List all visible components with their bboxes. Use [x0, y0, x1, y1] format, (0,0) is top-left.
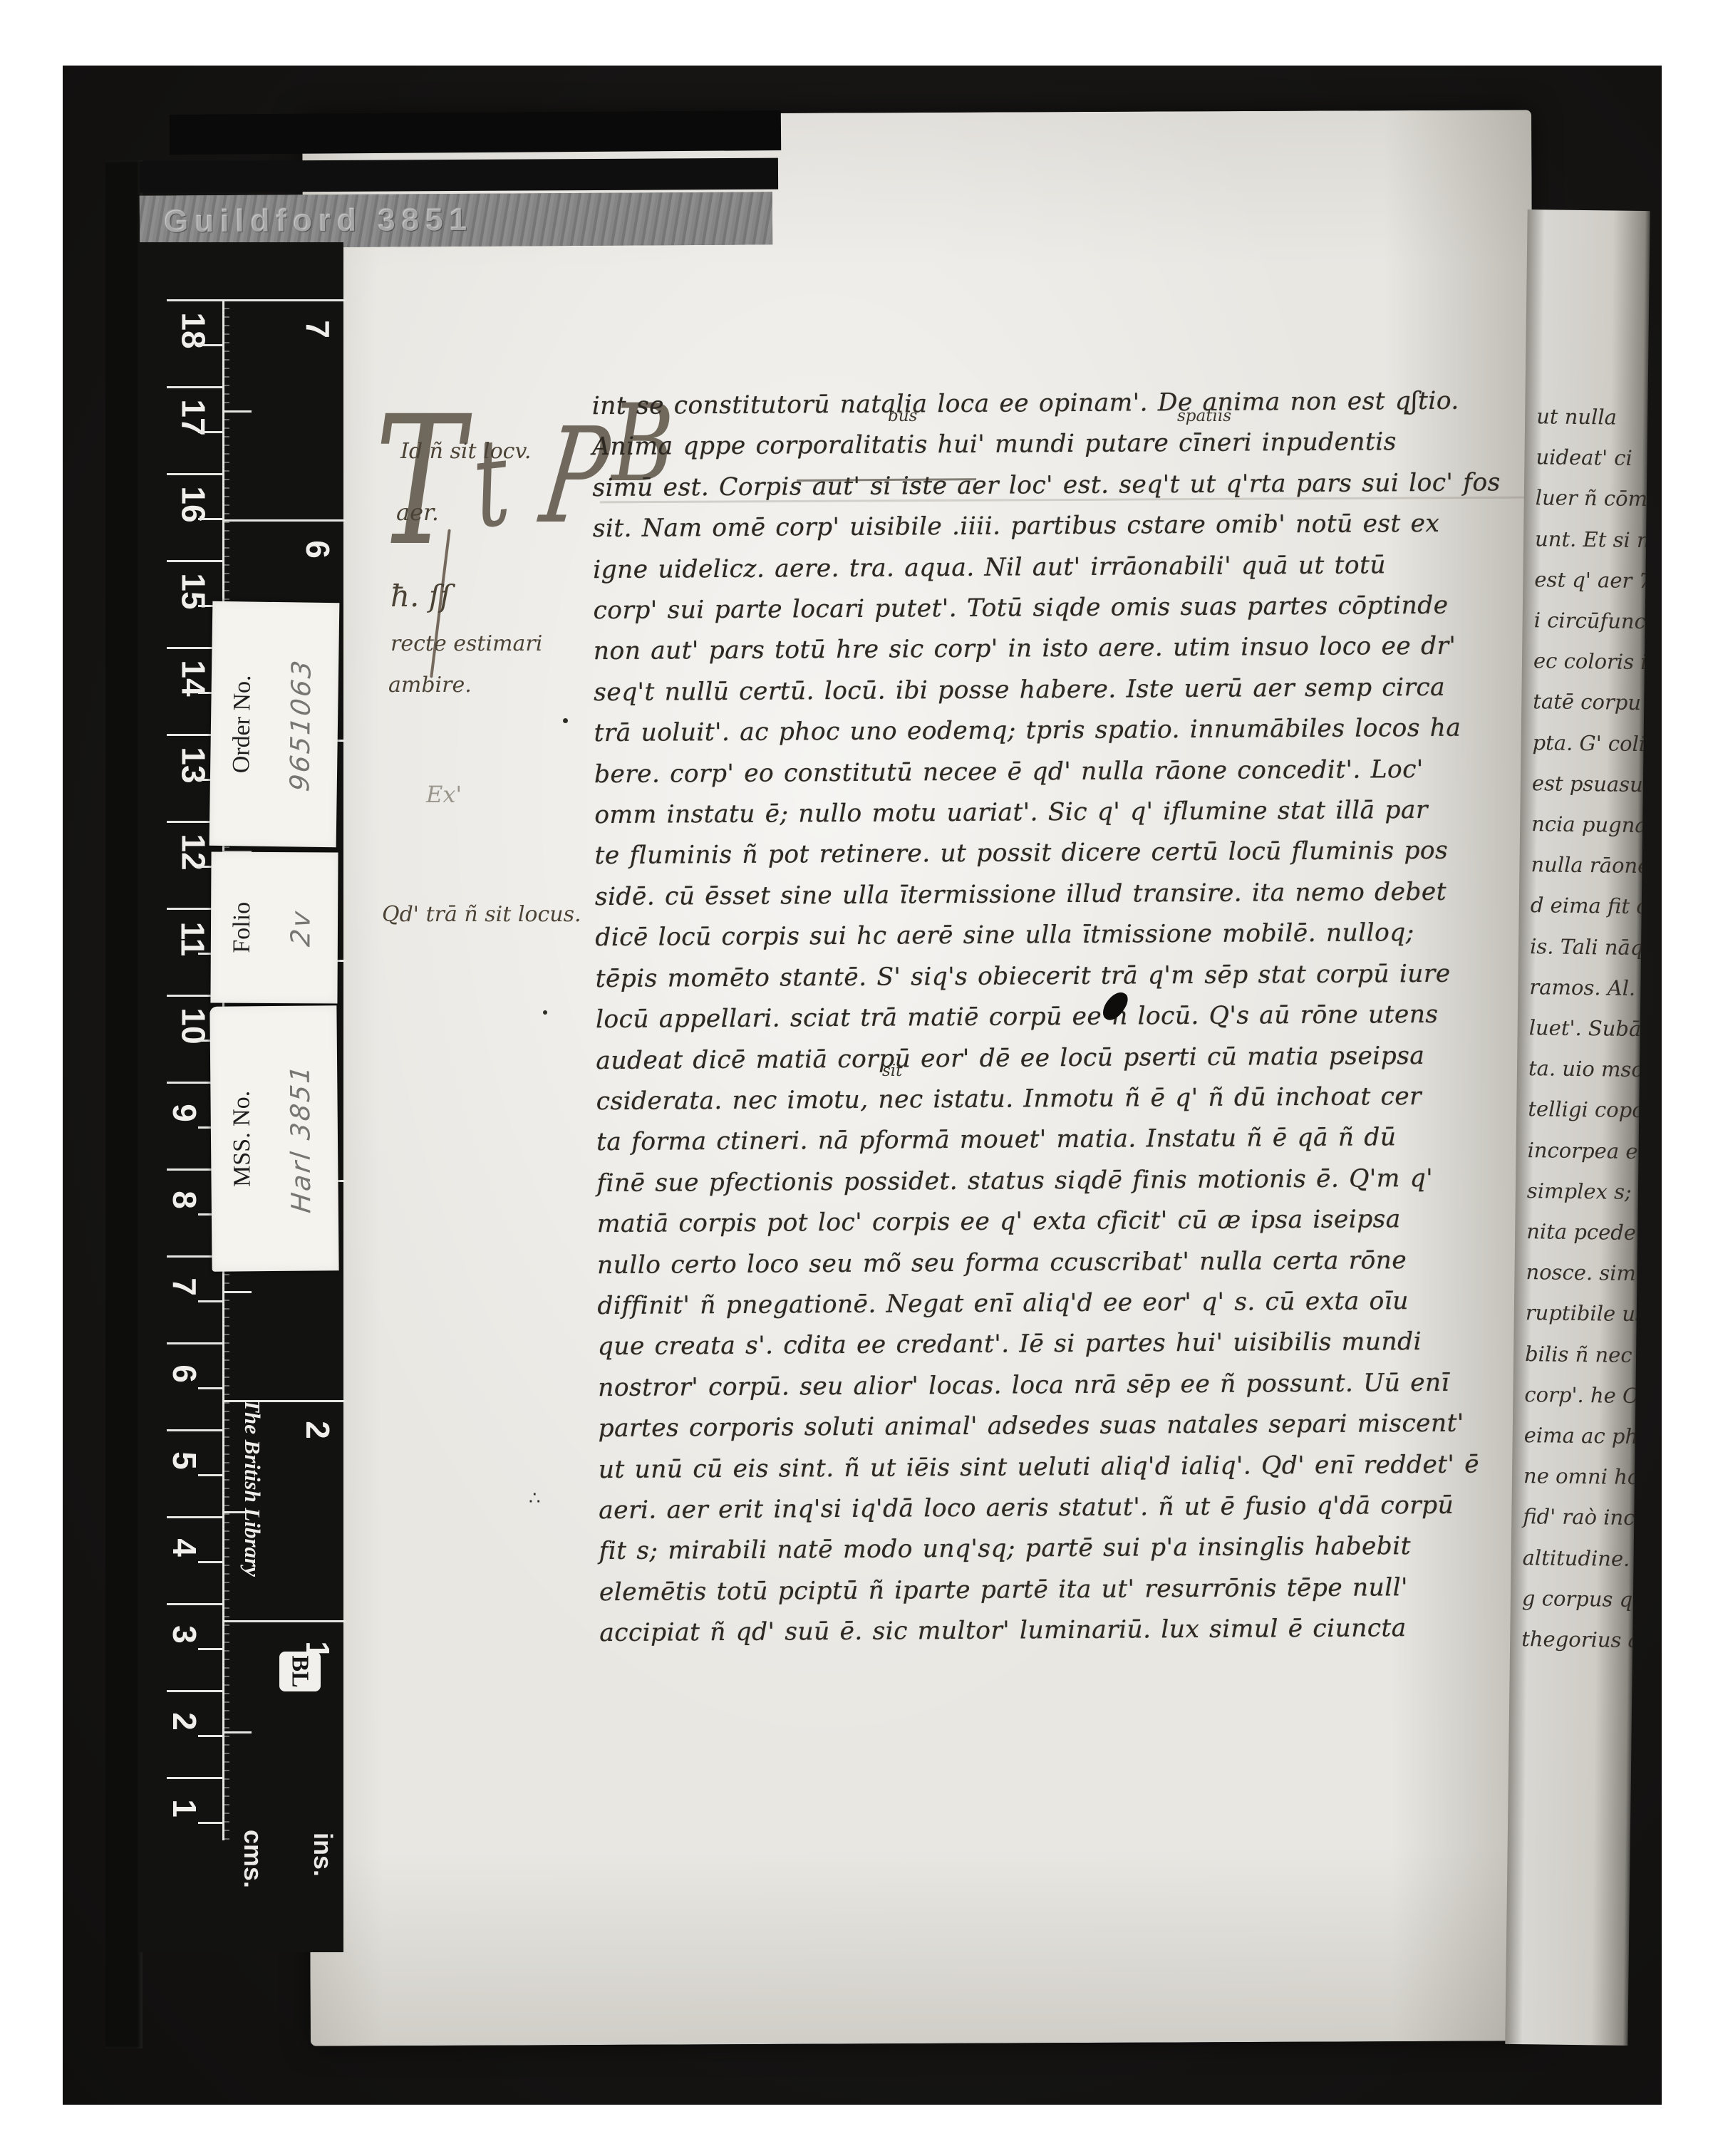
ruler-cm-number: 8: [165, 1191, 204, 1209]
ruler-cm-number: 10: [175, 1007, 213, 1044]
facing-page-line: i circūfunc: [1533, 600, 1650, 643]
margin-note-recte-estimari: recte estimari: [390, 631, 542, 656]
ruler-cm-number: 16: [175, 486, 213, 522]
card-handwritten-value: 9651063: [284, 656, 317, 793]
manuscript-line: Anima qppe corporalitatis hui' mundi put…: [592, 421, 1544, 468]
photo-stage: ut nullauideat' ciluer ñ cōmunt. Et si n…: [0, 0, 1713, 2156]
facing-page-line: ut nulla: [1536, 396, 1650, 439]
ruler-cm-number: 5: [165, 1451, 204, 1470]
card-label: Folio: [229, 902, 256, 953]
interlinear-gloss: bus: [888, 407, 917, 425]
manuscript-line: non aut' pars totū hre sic corp' in isto…: [594, 626, 1546, 673]
manuscript-line: trā uoluit'. ac phoc uno eodemq; tpris s…: [594, 708, 1546, 755]
manuscript-line: matiā corpis pot loc' corpis ee q' exta …: [597, 1198, 1549, 1245]
manuscript-line: tēpis momēto stantē. S' siq's obiecerit …: [595, 953, 1547, 1000]
manuscript-line: ut unū cū eis sint. ñ ut iēis sint uelut…: [599, 1444, 1551, 1491]
card-label: Order No.: [228, 675, 257, 773]
reference-card: Folio 2v: [210, 852, 338, 1004]
book-spine-strip: [105, 160, 143, 2048]
facing-page-line: est q' aer 7a: [1534, 559, 1650, 602]
margin-note-pencil-ex: Ex': [426, 781, 462, 808]
manuscript-line: int se constitutorū natalia loca ee opin…: [592, 380, 1544, 427]
manuscript-line: nullo certo loco seu mõ seu forma ccuscr…: [597, 1239, 1549, 1286]
ruler-cm-number: 17: [175, 399, 213, 435]
margin-note-quod-terra: Qd' trā ñ sit locus.: [382, 902, 581, 927]
reference-card: MSS. No. Harl 3851: [209, 1005, 338, 1272]
ruler-cm-number: 6: [165, 1364, 204, 1383]
card-handwritten-value: Harl 3851: [285, 1062, 317, 1215]
ruler-inch-number: 2: [299, 1421, 337, 1439]
manuscript-line: elemētis totū pciptū ñ iparte partē ita …: [599, 1567, 1551, 1614]
margin-note-ambire: ambire.: [388, 673, 472, 698]
manuscript-line: omm instatu ē; nullo motu uariat'. Sic q…: [594, 789, 1546, 836]
ruler-cm-number: 11: [173, 922, 212, 957]
pen-trial-letter: t: [467, 412, 515, 556]
ruler-cm-number: 7: [165, 1277, 204, 1296]
ruler-cm-cell: 18: [167, 299, 222, 386]
ruler-inch-number: 7: [299, 320, 337, 338]
ruler-cm-number: 18: [175, 312, 213, 348]
ruler-cm-number: 15: [175, 573, 213, 609]
interlinear-gloss: spatiis: [1177, 407, 1231, 425]
manuscript-line: bere. corp' eo constitutū necee ē qd' nu…: [594, 749, 1546, 796]
embossed-tape-text: Guildford 3851: [140, 202, 473, 240]
facing-page-line: ncia pugna: [1531, 804, 1650, 846]
facing-page-line: is. Tali nāq;: [1530, 926, 1650, 969]
manuscript-line: igne uidelicz. aere. tra. aqua. Nil aut'…: [593, 544, 1545, 591]
ruler-cm-number: 12: [175, 834, 213, 870]
manuscript-line: sidē. cū ēsset sine ulla ītermissione il…: [595, 871, 1547, 918]
manuscript-line: finē sue pfectionis possidet. status siq…: [596, 1158, 1548, 1205]
ruler-cm-cell: 5: [167, 1429, 222, 1516]
ink-dot-2: [543, 1010, 547, 1015]
margin-note-h-mark: ħ. ſſ: [390, 579, 451, 613]
manuscript-line: audeat dicē matiā corpū eor' dē ee locū …: [596, 1035, 1548, 1082]
ruler-cm-unit-label: cms.: [238, 1830, 268, 1888]
ruler-cm-cell: 6: [167, 1342, 222, 1429]
british-library-brand: The British Library: [231, 1381, 274, 1595]
ruler-inch-unit-label: ins.: [308, 1833, 338, 1877]
manuscript-line: que creata s'. cdita ee credant'. Iē si …: [598, 1321, 1550, 1368]
ruler-cm-number: 9: [165, 1104, 204, 1122]
facing-page-line: est psuasu: [1532, 763, 1650, 806]
facing-page-line: tatē corpu: [1533, 682, 1650, 725]
reference-card: Order No. 9651063: [209, 601, 340, 847]
ruler-cm-cell: 17: [167, 386, 222, 473]
ink-dot: [563, 718, 568, 723]
facing-page-line: nulla rāone: [1531, 844, 1650, 887]
manuscript-line: locū appellari. sciat trā matiē corpū ee…: [596, 994, 1548, 1041]
margin-note-aer: aer.: [396, 499, 439, 526]
ruler-cm-number: 1: [165, 1799, 204, 1818]
british-library-logo: BL: [279, 1652, 321, 1691]
facing-page-line: uideat' ci: [1536, 437, 1650, 480]
ruler-cm-number: 3: [165, 1625, 204, 1644]
clamp-bar-top: [170, 110, 781, 155]
pen-trial-letter: T: [375, 378, 464, 585]
ruler-inch-cell: 7: [224, 299, 346, 519]
facing-page-line: unt. Et si n: [1535, 519, 1650, 561]
triple-dot-mark: ∴: [529, 1488, 541, 1509]
ruler-cm-cell: 4: [167, 1516, 222, 1603]
facing-page-line: d eima fit c: [1530, 886, 1650, 928]
manuscript-line: fit s; mirabili natē modo unq'sq; partē …: [599, 1525, 1551, 1572]
card-handwritten-value: 2v: [285, 908, 316, 948]
ruler-cm-cell: 2: [167, 1690, 222, 1777]
ruler-cm-number: 14: [175, 660, 213, 696]
manuscript-line: ta forma ctineri. nā pformā mouet' matia…: [596, 1116, 1548, 1163]
ruler-cm-cell: 3: [167, 1603, 222, 1690]
manuscript-text-block: int se constitutorū natalia loca ee opin…: [592, 380, 1552, 1654]
facing-page-line: pta. G' coli: [1532, 722, 1650, 765]
manuscript-line: te fluminis ñ pot retinere. ut possit di…: [594, 830, 1546, 877]
ruler-cm-number: 4: [165, 1538, 204, 1557]
manuscript-line: partes corporis soluti animal' adsedes s…: [598, 1403, 1550, 1450]
manuscript-line: diffinit' ñ pnegationē. Negat enī aliq'd…: [597, 1280, 1549, 1327]
manuscript-line: corp' sui parte locari putet'. Totū siqd…: [593, 585, 1545, 632]
card-label: MSS. No.: [228, 1091, 256, 1187]
manuscript-line: simū est. Corpis aut' si iste aer loc' e…: [592, 462, 1544, 509]
ruler-cm-number: 13: [175, 747, 213, 783]
ruler-cm-cell: 1: [167, 1777, 222, 1864]
manuscript-line: aeri. aer erit inq'si iq'dā loco aeris s…: [599, 1485, 1551, 1532]
embossed-tape: Guildford 3851: [140, 192, 772, 248]
ruler-cm-number: 2: [165, 1712, 204, 1731]
margin-note-id-non-sit-loco: Id ñ sit locv.: [400, 439, 531, 464]
manuscript-line: nostror' corpū. seu alior' locas. loca n…: [598, 1362, 1550, 1409]
manuscript-line: dicē locū corpis sui hc aerē sine ulla ī…: [595, 912, 1547, 959]
facing-page-line: ec coloris i: [1533, 641, 1650, 683]
ruler-inch-number: 6: [299, 540, 337, 559]
manuscript-line: accipiat ñ qd' suū ē. sic multor' lumina…: [599, 1607, 1551, 1654]
ruler-cm-cell: 16: [167, 473, 222, 560]
interlinear-gloss: sit: [882, 1062, 902, 1080]
clamp-bar-top-2: [140, 158, 778, 193]
facing-page-line: luer ñ cōm: [1535, 478, 1650, 521]
manuscript-line: sit. Nam omē corp' uisibile .iiii. parti…: [593, 503, 1545, 550]
manuscript-line: csiderata. nec imotu, nec istatu. Inmotu…: [596, 1076, 1548, 1123]
manuscript-line: seq't nullū certū. locū. ibi posse haber…: [594, 667, 1546, 714]
